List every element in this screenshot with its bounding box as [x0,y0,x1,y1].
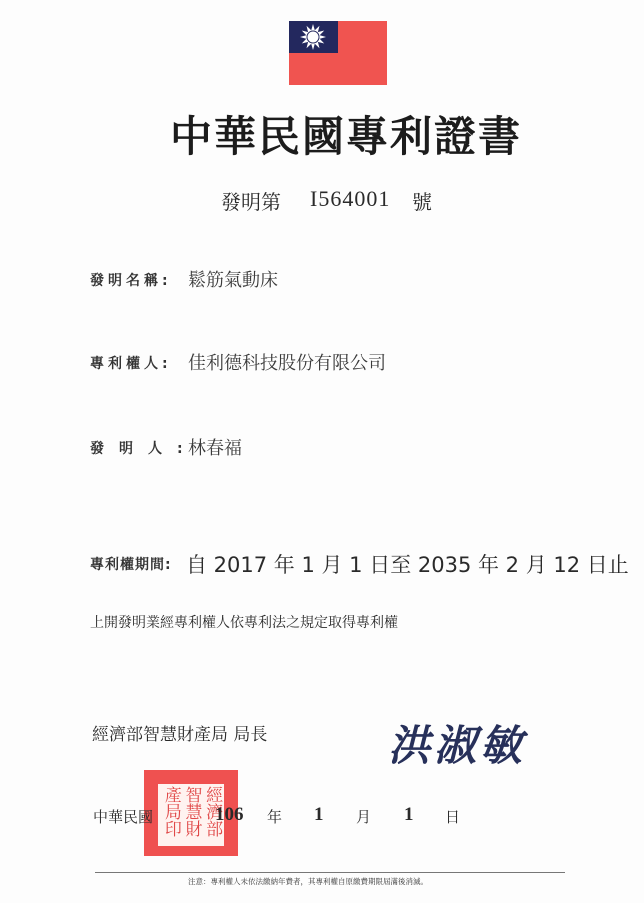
inventor-value: 林春福 [188,434,242,460]
term-value: 自 2017 年 1 月 1 日至 2035 年 2 月 12 日止 [186,549,629,579]
footer-notice: 注意：專利權人未依法繳納年費者，其專利權自原繳費期限屆滿後消滅。 [188,876,428,887]
date-month-unit: 月 [356,806,371,827]
seal-column: 智慧財 [182,786,199,844]
grant-statement: 上開發明業經專利權人依專利法之規定取得專利權 [90,612,398,632]
patentee-label: 專利權人: [90,353,172,373]
seal-column: 產局印 [162,786,179,844]
date-day: 1 [404,804,414,826]
roc-flag [289,21,387,85]
patentee-value: 佳利德科技股份有限公司 [188,349,386,375]
flag-canton [289,21,338,53]
patent-number-prefix: 發明第 [221,186,281,215]
date-month: 1 [314,804,324,826]
invention-name-label: 發明名稱: [90,270,172,290]
footer-divider [95,872,565,873]
date-year: 106 [215,804,244,826]
white-sun-icon [299,23,327,51]
certificate-title: 中華民國專利證書 [170,104,522,164]
director-signature: 洪淑敏 [388,713,526,773]
invention-name-value: 鬆筋氣動床 [188,266,278,292]
patent-number: I564001 [310,186,390,212]
issuing-agency: 經濟部智慧財產局 局長 [92,720,267,745]
term-label: 專利權期間: [90,554,172,574]
inventor-label: 發明人: [90,438,198,458]
patent-number-suffix: 號 [412,186,432,215]
date-day-unit: 日 [445,806,460,827]
date-era: 中華民國 [93,806,153,827]
date-year-unit: 年 [267,806,282,827]
